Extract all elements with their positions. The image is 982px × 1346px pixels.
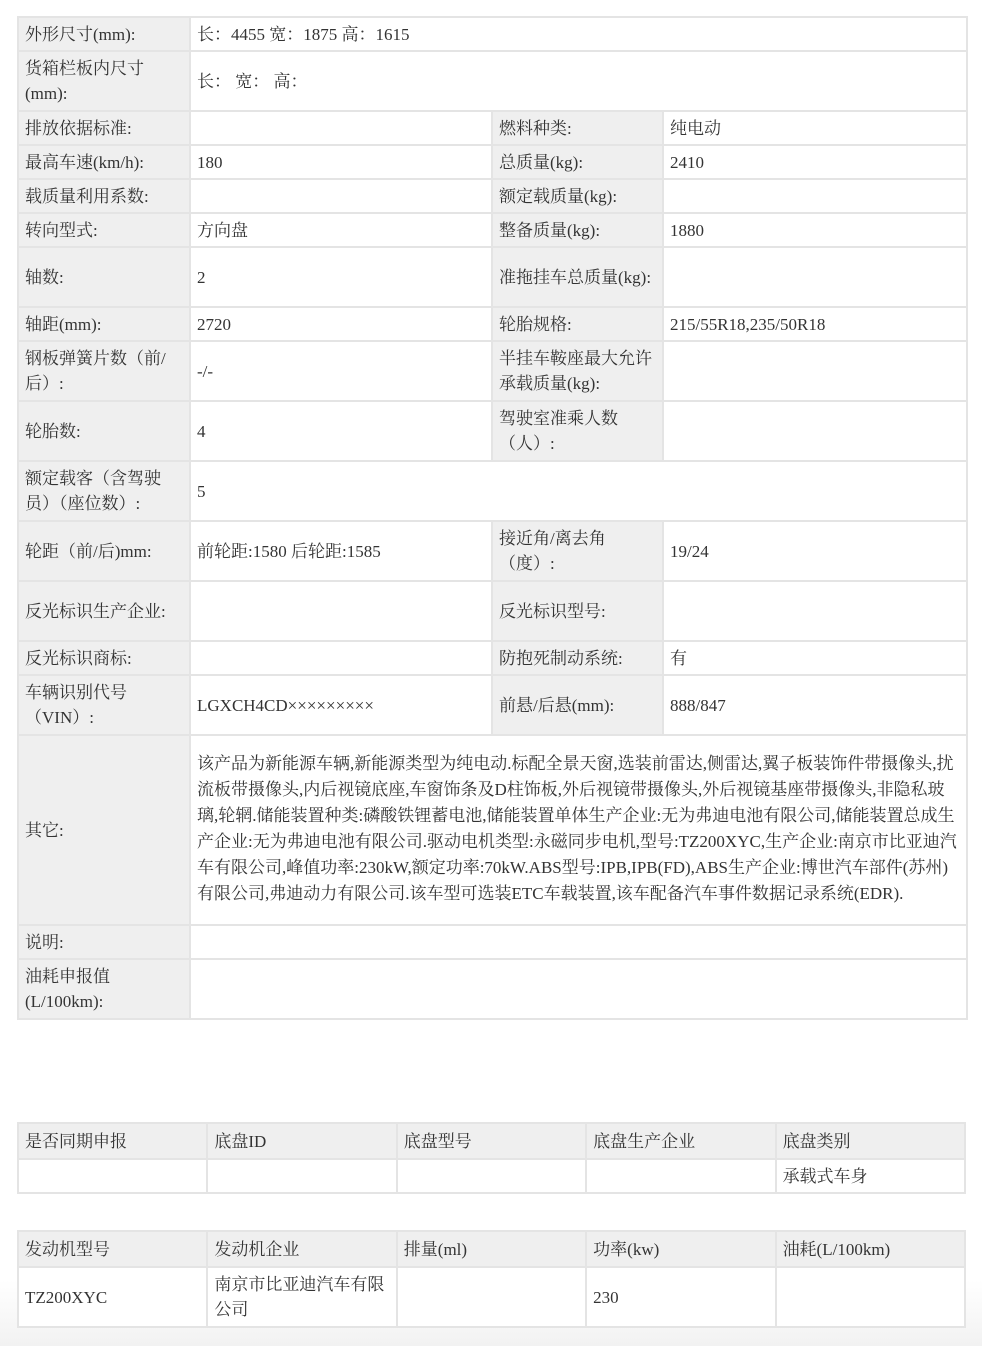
value-track-width: 前轮距:1580 后轮距:1585 [190,521,492,581]
label-cargo-box-dimensions: 货箱栏板内尺寸(mm): [18,51,190,111]
label-tire-spec: 轮胎规格: [492,307,663,341]
label-steering-type: 转向型式: [18,213,190,247]
value-gross-mass: 2410 [663,145,967,179]
label-other: 其它: [18,735,190,925]
value-abs: 有 [663,641,967,675]
value-leaf-springs: -/- [190,341,492,401]
header-displacement: 排量(ml) [397,1231,586,1267]
label-axle-count: 轴数: [18,247,190,307]
label-vin: 车辆识别代号（VIN）: [18,675,190,735]
value-reflector-manufacturer [190,581,492,641]
value-rated-load [663,179,967,213]
value-reflector-brand [190,641,492,675]
value-wheelbase: 2720 [190,307,492,341]
vehicle-parameters-table: 外形尺寸(mm): 长：4455 宽：1875 高：1615 货箱栏板内尺寸(m… [17,16,968,1020]
value-rated-passengers: 5 [190,461,967,521]
cell-chassis-category: 承载式车身 [776,1159,965,1193]
header-chassis-category: 底盘类别 [776,1123,965,1159]
table-row: 反光标识生产企业: 反光标识型号: [18,581,967,641]
table-row: 最高车速(km/h): 180 总质量(kg): 2410 [18,145,967,179]
label-notes: 说明: [18,925,190,959]
value-tire-count: 4 [190,401,492,461]
cell-chassis-model [397,1159,586,1193]
table-row: 载质量利用系数: 额定载质量(kg): [18,179,967,213]
table-row: 货箱栏板内尺寸(mm): 长： 宽： 高： [18,51,967,111]
header-chassis-manufacturer: 底盘生产企业 [586,1123,775,1159]
table-row: 钢板弹簧片数（前/后）: -/- 半挂车鞍座最大允许承载质量(kg): [18,341,967,401]
label-reflector-manufacturer: 反光标识生产企业: [18,581,190,641]
value-curb-mass: 1880 [663,213,967,247]
chassis-table: 是否同期申报 底盘ID 底盘型号 底盘生产企业 底盘类别 承载式车身 [17,1122,966,1194]
cell-engine-manufacturer: 南京市比亚迪汽车有限公司 [207,1267,396,1327]
label-abs: 防抱死制动系统: [492,641,663,675]
cell-fuel-consumption [776,1267,965,1327]
header-power: 功率(kw) [586,1231,775,1267]
value-tire-spec: 215/55R18,235/50R18 [663,307,967,341]
header-chassis-model: 底盘型号 [397,1123,586,1159]
label-tire-count: 轮胎数: [18,401,190,461]
value-load-utilization [190,179,492,213]
label-saddle-load: 半挂车鞍座最大允许承载质量(kg): [492,341,663,401]
value-notes [190,925,967,959]
cell-chassis-id [207,1159,396,1193]
table-row: 轮距（前/后)mm: 前轮距:1580 后轮距:1585 接近角/离去角（度）:… [18,521,967,581]
table-row: 其它: 该产品为新能源车辆,新能源类型为纯电动.标配全景天窗,选装前雷达,侧雷达… [18,735,967,925]
label-reflector-brand: 反光标识商标: [18,641,190,675]
cell-displacement [397,1267,586,1327]
table-row: 说明: [18,925,967,959]
value-saddle-load [663,341,967,401]
value-overhang: 888/847 [663,675,967,735]
header-engine-model: 发动机型号 [18,1231,207,1267]
value-vin: LGXCH4CD××××××××× [190,675,492,735]
value-reflector-model [663,581,967,641]
table-row: 反光标识商标: 防抱死制动系统: 有 [18,641,967,675]
table-row: 排放依据标准: 燃料种类: 纯电动 [18,111,967,145]
label-max-speed: 最高车速(km/h): [18,145,190,179]
value-fuel-type: 纯电动 [663,111,967,145]
label-load-utilization: 载质量利用系数: [18,179,190,213]
label-fuel-consumption: 油耗申报值(L/100km): [18,959,190,1019]
label-cab-occupants: 驾驶室准乘人数（人）: [492,401,663,461]
table-row: TZ200XYC 南京市比亚迪汽车有限公司 230 [18,1267,965,1327]
table-row: 轮胎数: 4 驾驶室准乘人数（人）: [18,401,967,461]
header-chassis-id: 底盘ID [207,1123,396,1159]
table-row: 油耗申报值(L/100km): [18,959,967,1019]
engine-table: 发动机型号 发动机企业 排量(ml) 功率(kw) 油耗(L/100km) TZ… [17,1230,966,1328]
label-rated-load: 额定载质量(kg): [492,179,663,213]
table-row: 额定载客（含驾驶员）（座位数）: 5 [18,461,967,521]
label-curb-mass: 整备质量(kg): [492,213,663,247]
value-dimensions: 长：4455 宽：1875 高：1615 [190,17,967,51]
label-reflector-model: 反光标识型号: [492,581,663,641]
label-approach-departure-angle: 接近角/离去角（度）: [492,521,663,581]
label-gross-mass: 总质量(kg): [492,145,663,179]
value-approach-departure-angle: 19/24 [663,521,967,581]
table-header-row: 发动机型号 发动机企业 排量(ml) 功率(kw) 油耗(L/100km) [18,1231,965,1267]
cell-power: 230 [586,1267,775,1327]
header-fuel-consumption: 油耗(L/100km) [776,1231,965,1267]
label-track-width: 轮距（前/后)mm: [18,521,190,581]
value-fuel-consumption [190,959,967,1019]
table-row: 转向型式: 方向盘 整备质量(kg): 1880 [18,213,967,247]
label-rated-passengers: 额定载客（含驾驶员）（座位数）: [18,461,190,521]
label-leaf-springs: 钢板弹簧片数（前/后）: [18,341,190,401]
value-max-speed: 180 [190,145,492,179]
header-engine-manufacturer: 发动机企业 [207,1231,396,1267]
value-steering-type: 方向盘 [190,213,492,247]
label-trailer-mass: 准拖挂车总质量(kg): [492,247,663,307]
table-header-row: 是否同期申报 底盘ID 底盘型号 底盘生产企业 底盘类别 [18,1123,965,1159]
cell-concurrent-filing [18,1159,207,1193]
value-axle-count: 2 [190,247,492,307]
label-dimensions: 外形尺寸(mm): [18,17,190,51]
label-overhang: 前悬/后悬(mm): [492,675,663,735]
label-wheelbase: 轴距(mm): [18,307,190,341]
cell-chassis-manufacturer [586,1159,775,1193]
cell-engine-model: TZ200XYC [18,1267,207,1327]
table-row: 轴距(mm): 2720 轮胎规格: 215/55R18,235/50R18 [18,307,967,341]
value-trailer-mass [663,247,967,307]
value-other-remarks: 该产品为新能源车辆,新能源类型为纯电动.标配全景天窗,选装前雷达,侧雷达,翼子板… [190,735,967,925]
table-row: 外形尺寸(mm): 长：4455 宽：1875 高：1615 [18,17,967,51]
table-row: 承载式车身 [18,1159,965,1193]
label-fuel-type: 燃料种类: [492,111,663,145]
header-concurrent-filing: 是否同期申报 [18,1123,207,1159]
value-cab-occupants [663,401,967,461]
value-cargo-box-dimensions: 长： 宽： 高： [190,51,967,111]
table-row: 车辆识别代号（VIN）: LGXCH4CD××××××××× 前悬/后悬(mm)… [18,675,967,735]
value-emission-standard [190,111,492,145]
label-emission-standard: 排放依据标准: [18,111,190,145]
table-row: 轴数: 2 准拖挂车总质量(kg): [18,247,967,307]
